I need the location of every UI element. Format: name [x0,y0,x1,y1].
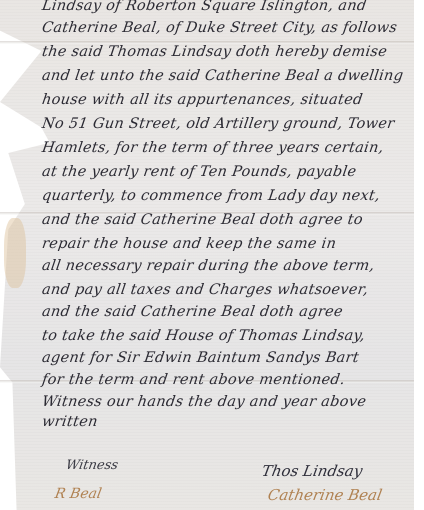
text-line: and the said Catherine Beal doth agree [41,304,344,320]
paper-stain [4,218,26,288]
text-line: Lindsay of Roberton Square Islington, an… [41,0,368,14]
witness-label: Witness [65,458,120,473]
text-line: agent for Sir Edwin Baintum Sandys Bart [41,350,360,366]
signature-beal: Catherine Beal [266,486,383,504]
text-line: written [41,414,99,430]
text-line: all necessary repair during the above te… [41,258,376,274]
text-line: and let unto the said Catherine Beal a d… [41,68,404,84]
text-line: the said Thomas Lindsay doth hereby demi… [41,44,388,60]
text-line: Witness our hands the day and year above [41,394,367,410]
signature-lindsay: Thos Lindsay [260,462,363,480]
text-line: repair the house and keep the same in [41,236,337,252]
text-line: and the said Catherine Beal doth agree t… [41,212,364,228]
text-line: Catherine Beal, of Duke Street City, as … [41,20,398,36]
text-line: for the term and rent above mentioned. [41,372,346,388]
text-line: Hamlets, for the term of three years cer… [41,140,385,156]
text-line: at the yearly rent of Ten Pounds, payabl… [41,164,358,180]
witness-signature: R Beal [54,486,103,502]
text-line: No 51 Gun Street, old Artillery ground, … [41,116,396,132]
text-line: house with all its appurtenances, situat… [41,92,364,108]
text-line: to take the said House of Thomas Lindsay… [41,328,366,344]
text-line: quarterly, to commence from Lady day nex… [41,188,381,204]
text-line: and pay all taxes and Charges whatsoever… [41,282,369,298]
